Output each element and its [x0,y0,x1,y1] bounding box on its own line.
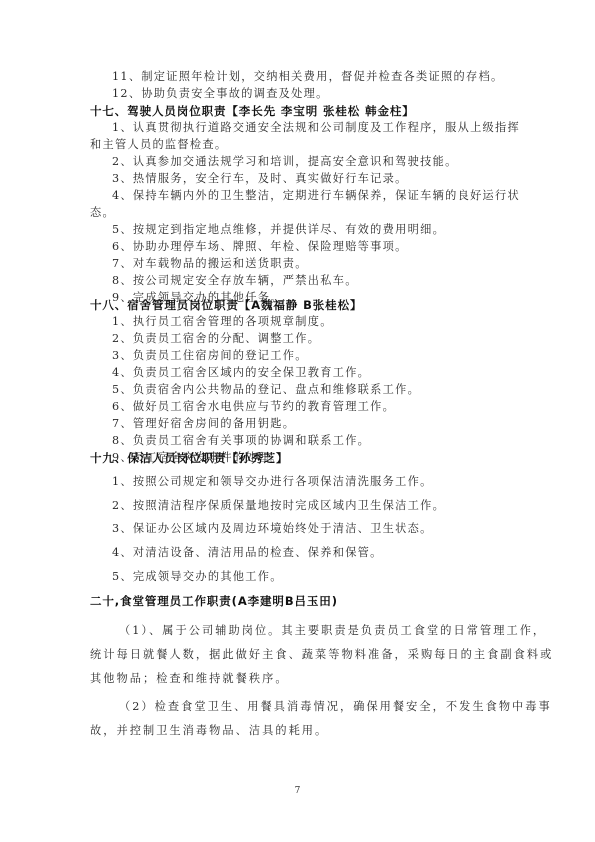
list-item: 1、按照公司规定和领导交办进行各项保洁清洗服务工作。 [112,475,530,489]
paragraph-line: （2）检查食堂卫生、用餐具消毒情况，确保用餐安全，不发生食物中毒事 [119,700,537,714]
list-item: 2、认真参加交通法规学习和培训，提高安全意识和驾驶技能。 [112,155,530,169]
page-number: 7 [0,786,595,796]
list-item-continuation: 和主管人员的监督检查。 [90,138,508,152]
list-item: 2、负责员工宿舍的分配、调整工作。 [112,332,530,346]
document-page: 11、制定证照年检计划，交纳相关费用，督促并检查各类证照的存档。 12、协助负责… [0,0,595,842]
list-item: 7、对车载物品的搬运和送货职责。 [112,257,530,271]
list-item: 8、负责员工宿舍有关事项的协调和联系工作。 [112,434,530,448]
section-heading-18: 十八、宿舍管理员岗位职责【A魏福静 B张桂松】 [90,298,508,312]
section-heading-20: 二十,食堂管理员工作职责(A李建明B吕玉田) [90,594,508,608]
list-item: 7、管理好宿舍房间的备用钥匙。 [112,417,530,431]
list-item: 5、按规定到指定地点维修，并提供详尽、有效的费用明细。 [112,223,530,237]
list-item: 1、认真贯彻执行道路交通安全法规和公司制度及工作程序，服从上级指挥 [112,121,530,135]
list-item: 4、保持车辆内外的卫生整洁，定期进行车辆保养，保证车辆的良好运行状 [112,189,530,203]
section-heading-19: 十九、保洁人员岗位职责【孙秀芝】 [90,451,508,465]
list-item: 3、负责员工住宿房间的登记工作。 [112,349,530,363]
list-item: 12、协助负责安全事故的调查及处理。 [112,87,530,101]
list-item: 4、对清洁设备、清洁用品的检查、保养和保管。 [112,546,530,560]
paragraph-line: 其他物品；检查和维持就餐秩序。 [90,672,508,686]
paragraph-line: 统计每日就餐人数，据此做好主食、蔬菜等物料准备，采购每日的主食副食料或 [90,648,508,662]
list-item: 11、制定证照年检计划，交纳相关费用，督促并检查各类证照的存档。 [112,70,530,84]
list-item: 1、执行员工宿舍管理的各项规章制度。 [112,315,530,329]
paragraph-line: 故，并控制卫生消毒物品、洁具的耗用。 [90,724,508,738]
list-item: 5、负责宿舍内公共物品的登记、盘点和维修联系工作。 [112,383,530,397]
list-item: 6、协助办理停车场、牌照、年检、保险理赔等事项。 [112,240,530,254]
list-item: 3、保证办公区域内及周边环境始终处于清洁、卫生状态。 [112,522,530,536]
list-item: 6、做好员工宿舍水电供应与节约的教育管理工作。 [112,400,530,414]
list-item-continuation: 态。 [90,206,508,220]
list-item: 5、完成领导交办的其他工作。 [112,570,530,584]
list-item: 2、按照清洁程序保质保量地按时完成区域内卫生保洁工作。 [112,499,530,513]
list-item: 3、热情服务，安全行车，及时、真实做好行车记录。 [112,172,530,186]
paragraph-line: （1）、属于公司辅助岗位。其主要职责是负责员工食堂的日常管理工作， [119,624,537,638]
list-item: 8、按公司规定安全存放车辆，严禁出私车。 [112,274,530,288]
section-heading-17: 十七、驾驶人员岗位职责【李长先 李宝明 张桂松 韩金柱】 [90,104,508,118]
list-item: 4、负责员工宿舍区域内的安全保卫教育工作。 [112,366,530,380]
